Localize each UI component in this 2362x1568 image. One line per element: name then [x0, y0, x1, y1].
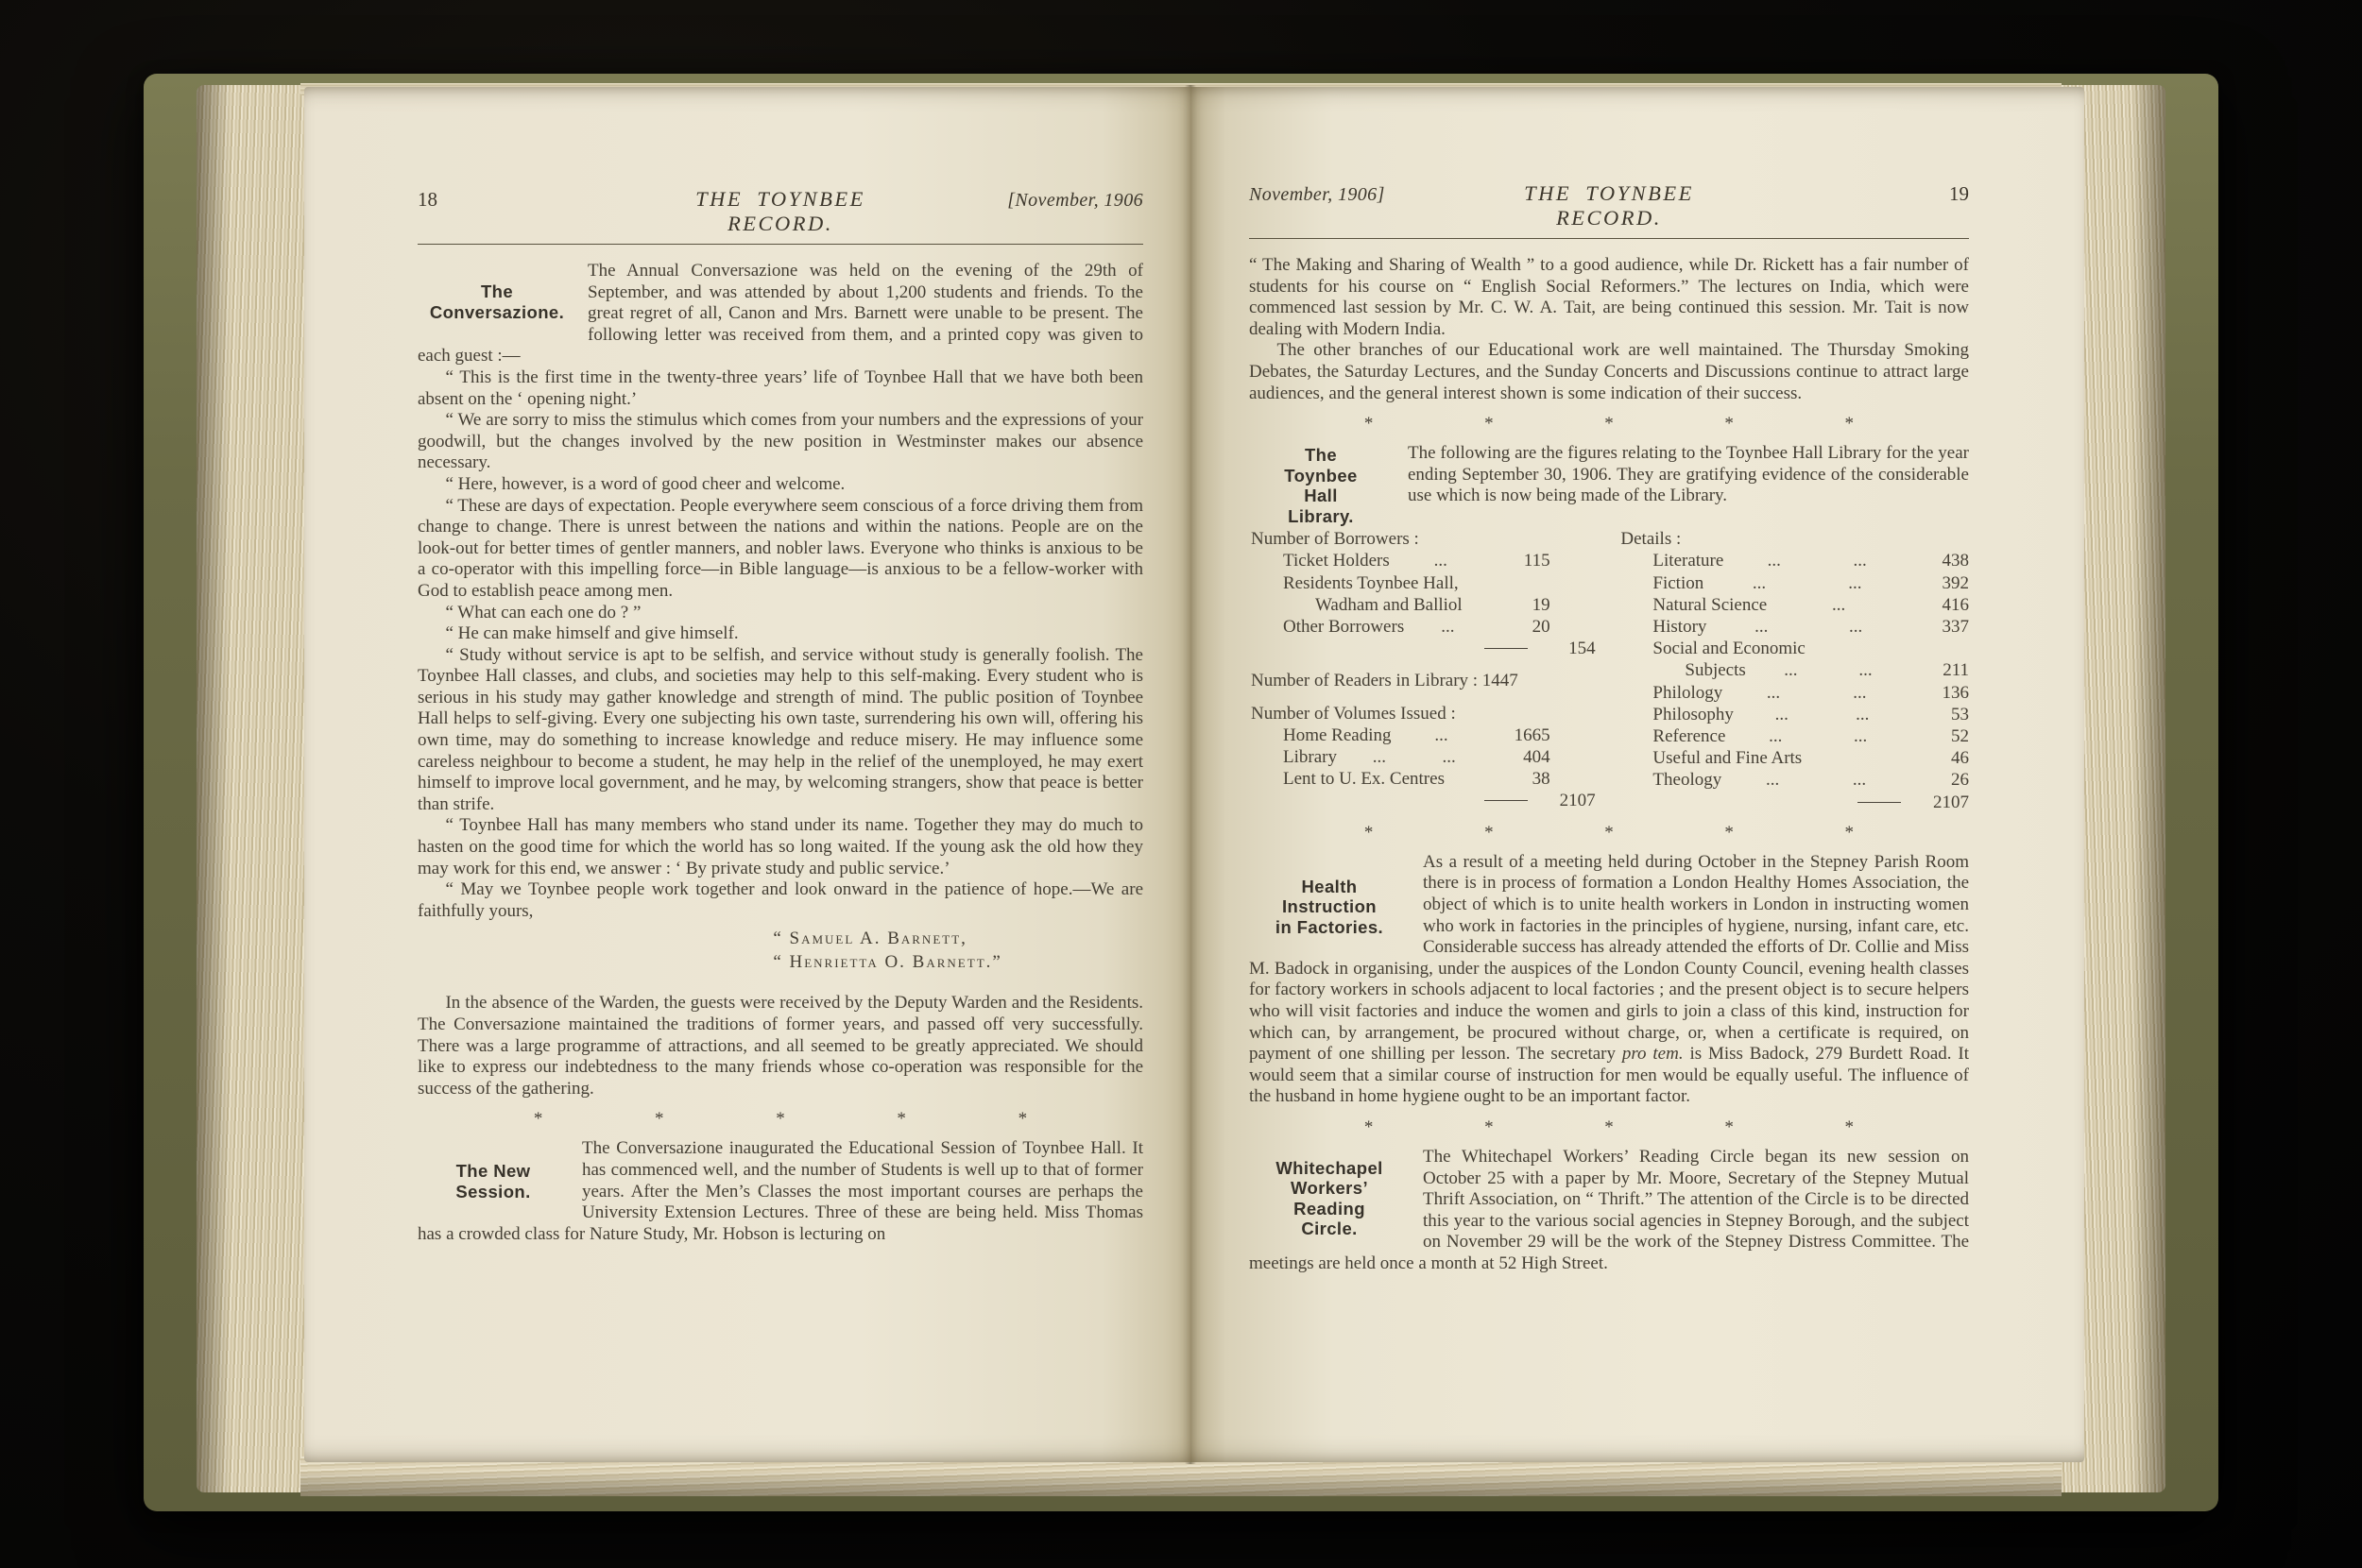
- asterisk-ornament: *: [1604, 1117, 1614, 1138]
- stats-sum-row: 154: [1251, 638, 1600, 659]
- sum-rule: [1484, 648, 1528, 649]
- stats-value: 53: [1910, 704, 1969, 725]
- stats-label: History: [1652, 616, 1706, 638]
- asterisk-ornament: *: [655, 1109, 664, 1130]
- right-issue-date: November, 1906]: [1249, 184, 1471, 206]
- stats-row: Philology......136: [1620, 682, 1969, 704]
- sum-value: 2107: [1910, 792, 1969, 813]
- paragraph-quote-6: “ He can make himself and give himself.: [418, 623, 1143, 645]
- signature-samuel-barnett: “ Samuel A. Barnett,: [773, 927, 1143, 950]
- stats-label: Useful and Fine Arts: [1652, 747, 1802, 769]
- asterisk-ornament: *: [1724, 414, 1734, 435]
- asterisk-ornament: *: [1484, 823, 1494, 844]
- right-page-content: November, 1906] THE TOYNBEE RECORD. 19 “…: [1249, 181, 1969, 1428]
- sidenote-new-session: The New Session.: [418, 1138, 569, 1202]
- stats-value: 38: [1492, 768, 1550, 790]
- stats-value: 416: [1910, 594, 1969, 616]
- asterisk-ornament: *: [1724, 823, 1734, 844]
- stats-spacer: [1251, 692, 1600, 703]
- stats-value: 1665: [1492, 724, 1550, 746]
- stats-value: 392: [1910, 572, 1969, 594]
- pages-block: 18 THE TOYNBEE RECORD. [November, 1906 T…: [197, 83, 2165, 1496]
- stats-row: Subjects......211: [1620, 659, 1969, 681]
- stats-label: Library: [1283, 746, 1337, 768]
- photo-scene: 18 THE TOYNBEE RECORD. [November, 1906 T…: [0, 0, 2362, 1568]
- stats-value: 26: [1910, 769, 1969, 791]
- asterisk-ornament: *: [1845, 1117, 1855, 1138]
- sidenote-whitechapel-circle: Whitechapel Workers’ Reading Circle.: [1249, 1147, 1410, 1239]
- stats-row: Natural Science...416: [1620, 594, 1969, 616]
- stats-label: Wadham and Balliol: [1315, 594, 1463, 616]
- paragraph-absence: In the absence of the Warden, the guests…: [418, 993, 1143, 1099]
- asterisk-ornament: *: [1604, 414, 1614, 435]
- asterisk-ornament: *: [534, 1109, 543, 1130]
- journal-title-right: THE TOYNBEE RECORD.: [1471, 181, 1747, 230]
- stats-label: Reference: [1652, 725, 1725, 747]
- dot-leader: ...: [1392, 724, 1492, 746]
- left-page: 18 THE TOYNBEE RECORD. [November, 1906 T…: [304, 87, 1190, 1462]
- stats-heading: Number of Volumes Issued :: [1251, 703, 1600, 724]
- page-edges-left: [197, 85, 310, 1492]
- asterisk-ornament: *: [1845, 414, 1855, 435]
- stats-row: Home Reading...1665: [1251, 724, 1600, 746]
- signature-block: “ Samuel A. Barnett, “ Henrietta O. Barn…: [773, 927, 1143, 974]
- stats-row: Wadham and Balliol19: [1251, 594, 1600, 616]
- dot-leader: ......: [1722, 682, 1910, 704]
- stats-row: Theology......26: [1620, 769, 1969, 791]
- left-page-body: The Conversazione. The Annual Conversazi…: [418, 261, 1143, 1245]
- dot-leader: ......: [1721, 769, 1910, 791]
- left-page-number: 18: [418, 188, 640, 212]
- star-separator: *****: [534, 1109, 1027, 1130]
- stats-label: Fiction: [1652, 572, 1703, 594]
- dot-leader: ......: [1337, 746, 1492, 768]
- dot-leader: ......: [1706, 616, 1910, 638]
- stats-spacer: [1251, 659, 1600, 670]
- right-page-header: November, 1906] THE TOYNBEE RECORD. 19: [1249, 181, 1969, 230]
- stats-value: 136: [1910, 682, 1969, 704]
- stats-row: Reference......52: [1620, 725, 1969, 747]
- sum-value: 2107: [1537, 790, 1596, 811]
- stats-row: History......337: [1620, 616, 1969, 638]
- dot-leader: ...: [1767, 594, 1910, 616]
- stats-row: Lent to U. Ex. Centres38: [1251, 768, 1600, 790]
- left-page-content: 18 THE TOYNBEE RECORD. [November, 1906 T…: [418, 187, 1143, 1428]
- asterisk-ornament: *: [897, 1109, 906, 1130]
- asterisk-ornament: *: [1604, 823, 1614, 844]
- right-page-body: “ The Making and Sharing of Wealth ” to …: [1249, 255, 1969, 1274]
- stats-value: 52: [1910, 725, 1969, 747]
- page-edges-bottom: [300, 1457, 2062, 1496]
- stats-row: Philosophy......53: [1620, 704, 1969, 725]
- left-page-header: 18 THE TOYNBEE RECORD. [November, 1906: [418, 187, 1143, 236]
- right-page-number: 19: [1747, 182, 1969, 206]
- stats-row: Library......404: [1251, 746, 1600, 768]
- stats-label: Residents Toynbee Hall,: [1283, 572, 1459, 594]
- sidenote-toynbee-hall-library: The Toynbee Hall Library.: [1249, 443, 1393, 526]
- paragraph-other-branches: The other branches of our Educational wo…: [1249, 340, 1969, 404]
- dot-leader: ...: [1390, 550, 1492, 571]
- asterisk-ornament: *: [1364, 823, 1374, 844]
- paragraph-quote-8: “ Toynbee Hall has many members who stan…: [418, 815, 1143, 879]
- header-rule: [418, 244, 1143, 245]
- sum-value: 154: [1537, 638, 1596, 659]
- stats-heading: Details :: [1620, 528, 1969, 550]
- sidenote-conversazione: The Conversazione.: [418, 261, 576, 322]
- stats-column-details: Details :Literature......438Fiction.....…: [1620, 528, 1969, 813]
- asterisk-ornament: *: [1364, 414, 1374, 435]
- stats-value: 20: [1492, 616, 1550, 638]
- stats-label: Other Borrowers: [1283, 616, 1404, 638]
- asterisk-ornament: *: [776, 1109, 785, 1130]
- library-statistics: Number of Borrowers :Ticket Holders...11…: [1251, 528, 1969, 813]
- header-rule-right: [1249, 238, 1969, 239]
- paragraph-quote-7: “ Study without service is apt to be sel…: [418, 645, 1143, 816]
- stats-label: Literature: [1652, 550, 1723, 571]
- stats-row: Other Borrowers...20: [1251, 616, 1600, 638]
- stats-label: Ticket Holders: [1283, 550, 1390, 571]
- dot-leader: ......: [1723, 550, 1910, 571]
- dot-leader: ......: [1725, 725, 1910, 747]
- stats-sum-row: 2107: [1251, 790, 1600, 811]
- stats-value: 337: [1910, 616, 1969, 638]
- sum-rule: [1484, 800, 1528, 801]
- stats-label: Home Reading: [1283, 724, 1392, 746]
- right-page: November, 1906] THE TOYNBEE RECORD. 19 “…: [1190, 87, 2084, 1462]
- stats-label: Philology: [1652, 682, 1722, 704]
- stats-value: 211: [1910, 659, 1969, 681]
- stats-label: Philosophy: [1652, 704, 1734, 725]
- stats-sum-row: 2107: [1620, 792, 1969, 813]
- signature-henrietta-barnett: “ Henrietta O. Barnett.”: [773, 950, 1143, 974]
- stats-row: Fiction......392: [1620, 572, 1969, 594]
- asterisk-ornament: *: [1484, 414, 1494, 435]
- star-separator: *****: [1364, 414, 1854, 435]
- asterisk-ornament: *: [1484, 1117, 1494, 1138]
- stats-row: Useful and Fine Arts46: [1620, 747, 1969, 769]
- stats-value: 19: [1492, 594, 1550, 616]
- dot-leader: ...: [1404, 616, 1491, 638]
- paragraph-quote-1: “ This is the first time in the twenty-t…: [418, 367, 1143, 410]
- dot-leader: ......: [1746, 659, 1910, 681]
- stats-row: Residents Toynbee Hall,: [1251, 572, 1600, 594]
- paragraph-quote-5: “ What can each one do ? ”: [418, 603, 1143, 624]
- sidenote-health-instruction: Health Instruction in Factories.: [1249, 852, 1410, 938]
- stats-label: Theology: [1652, 769, 1721, 791]
- paragraph-continuation: “ The Making and Sharing of Wealth ” to …: [1249, 255, 1969, 340]
- open-book: 18 THE TOYNBEE RECORD. [November, 1906 T…: [144, 74, 2218, 1511]
- stats-label: Lent to U. Ex. Centres: [1283, 768, 1445, 790]
- stats-value: 46: [1910, 747, 1969, 769]
- health-pro-tem: pro tem.: [1622, 1044, 1684, 1064]
- stats-heading: Number of Readers in Library : 1447: [1251, 670, 1600, 691]
- stats-column-borrowers: Number of Borrowers :Ticket Holders...11…: [1251, 528, 1600, 813]
- paragraph-quote-4: “ These are days of expectation. People …: [418, 496, 1143, 603]
- asterisk-ornament: *: [1724, 1117, 1734, 1138]
- paragraph-quote-2: “ We are sorry to miss the stimulus whic…: [418, 410, 1143, 474]
- stats-heading: Number of Borrowers :: [1251, 528, 1600, 550]
- asterisk-ornament: *: [1018, 1109, 1028, 1130]
- stats-label: Subjects: [1685, 659, 1745, 681]
- stats-value: 115: [1492, 550, 1550, 571]
- dot-leader: ......: [1703, 572, 1910, 594]
- stats-label: Social and Economic: [1652, 638, 1805, 659]
- paragraph-quote-3: “ Here, however, is a word of good cheer…: [418, 474, 1143, 496]
- star-separator: *****: [1364, 823, 1854, 844]
- star-separator: *****: [1364, 1117, 1854, 1138]
- paragraph-quote-9: “ May we Toynbee people work together an…: [418, 879, 1143, 922]
- stats-row: Literature......438: [1620, 550, 1969, 571]
- stats-row: Social and Economic: [1620, 638, 1969, 659]
- asterisk-ornament: *: [1364, 1117, 1374, 1138]
- stats-value: 438: [1910, 550, 1969, 571]
- left-issue-date: [November, 1906: [921, 190, 1143, 212]
- dot-leader: ......: [1734, 704, 1910, 725]
- asterisk-ornament: *: [1845, 823, 1855, 844]
- stats-label: Natural Science: [1652, 594, 1767, 616]
- sum-rule: [1857, 802, 1901, 803]
- stats-value: 404: [1492, 746, 1550, 768]
- journal-title: THE TOYNBEE RECORD.: [640, 187, 921, 236]
- stats-row: Ticket Holders...115: [1251, 550, 1600, 571]
